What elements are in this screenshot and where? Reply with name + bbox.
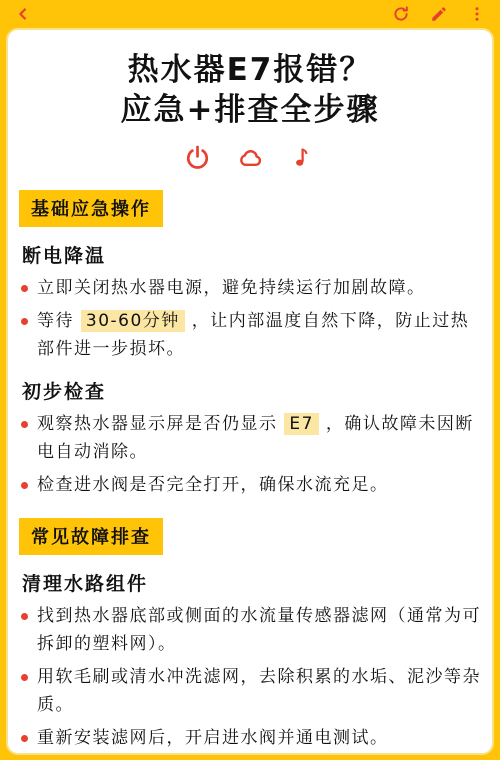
inline-highlight: 30-60分钟	[81, 310, 185, 332]
back-icon[interactable]	[14, 5, 32, 23]
list-item: 用软毛刷或清水冲洗滤网，去除积累的水垢、泥沙等杂质。	[21, 663, 483, 719]
bullet-icon	[21, 285, 28, 292]
subheading-power-off-cooldown: 断电降温	[22, 241, 483, 268]
bullet-text: 等待 30-60分钟 ，让内部温度自然下降，防止过热部件进一步损坏。	[37, 307, 483, 363]
bullet-text: 立即关闭热水器电源，避免持续运行加剧故障。	[37, 274, 426, 302]
list-item: 重新安装滤网后，开启进水阀并通电测试。	[21, 724, 483, 752]
edit-pencil-icon[interactable]	[430, 5, 448, 23]
section-header-common-faults: 常见故障排查	[19, 518, 163, 555]
bullet-text: 重新安装滤网后，开启进水阀并通电测试。	[37, 724, 389, 752]
note-card: 热水器E7报错？ 应急+排查全步骤 基础应急操作 断电降温 立即关闭热水器电源，…	[6, 28, 494, 755]
refresh-icon[interactable]	[392, 5, 410, 23]
text-segment: 用软毛刷或清水冲洗滤网，去除积累的水垢、泥沙等杂质。	[37, 667, 481, 715]
bullet-list-power-off: 立即关闭热水器电源，避免持续运行加剧故障。等待 30-60分钟 ，让内部温度自然…	[17, 274, 483, 363]
inline-highlight: E7	[284, 413, 319, 435]
bullet-text: 找到热水器底部或侧面的水流量传感器滤网（通常为可拆卸的塑料网）。	[37, 602, 483, 658]
bullet-text: 观察热水器显示屏是否仍显示 E7 ，确认故障未因断电自动消除。	[37, 410, 483, 466]
list-item: 检查进水阀是否完全打开，确保水流充足。	[21, 471, 483, 499]
power-icon	[184, 144, 211, 171]
section-header-basic-emergency: 基础应急操作	[19, 190, 163, 227]
text-segment: 立即关闭热水器电源，避免持续运行加剧故障。	[37, 278, 426, 298]
text-segment: 找到热水器底部或侧面的水流量传感器滤网（通常为可拆卸的塑料网）。	[37, 606, 481, 654]
music-note-icon	[290, 144, 317, 171]
bullet-icon	[21, 613, 28, 620]
bullet-icon	[21, 674, 28, 681]
text-segment: 检查进水阀是否完全打开，确保水流充足。	[37, 475, 389, 495]
topbar-actions	[392, 5, 486, 23]
bullet-text: 检查进水阀是否完全打开，确保水流充足。	[37, 471, 389, 499]
bullet-icon	[21, 735, 28, 742]
top-bar	[0, 0, 500, 28]
note-viewer-page: { "colors": { "accent_yellow": "#FFC408"…	[0, 0, 500, 760]
list-item: 立即关闭热水器电源，避免持续运行加剧故障。	[21, 274, 483, 302]
text-segment: 重新安装滤网后，开启进水阀并通电测试。	[37, 728, 389, 748]
list-item: 等待 30-60分钟 ，让内部温度自然下降，防止过热部件进一步损坏。	[21, 307, 483, 363]
text-segment: 等待	[37, 311, 81, 331]
text-segment: 观察热水器显示屏是否仍显示	[37, 414, 284, 434]
page-title: 热水器E7报错？ 应急+排查全步骤	[17, 50, 483, 130]
title-line-2: 应急+排查全步骤	[17, 90, 483, 130]
bullet-icon	[21, 318, 28, 325]
subheading-clean-water-path: 清理水路组件	[22, 569, 483, 596]
cloud-icon	[237, 144, 264, 171]
list-item: 观察热水器显示屏是否仍显示 E7 ，确认故障未因断电自动消除。	[21, 410, 483, 466]
subheading-initial-check: 初步检查	[22, 377, 483, 404]
bullet-text: 用软毛刷或清水冲洗滤网，去除积累的水垢、泥沙等杂质。	[37, 663, 483, 719]
title-line-1: 热水器E7报错？	[17, 50, 483, 90]
list-item: 找到热水器底部或侧面的水流量传感器滤网（通常为可拆卸的塑料网）。	[21, 602, 483, 658]
more-vertical-icon[interactable]	[468, 5, 486, 23]
bullet-icon	[21, 421, 28, 428]
bullet-icon	[21, 482, 28, 489]
bullet-list-initial-check: 观察热水器显示屏是否仍显示 E7 ，确认故障未因断电自动消除。检查进水阀是否完全…	[17, 410, 483, 499]
bullet-list-clean-water-path: 找到热水器底部或侧面的水流量传感器滤网（通常为可拆卸的塑料网）。用软毛刷或清水冲…	[17, 602, 483, 752]
decorative-icon-row	[17, 143, 483, 171]
